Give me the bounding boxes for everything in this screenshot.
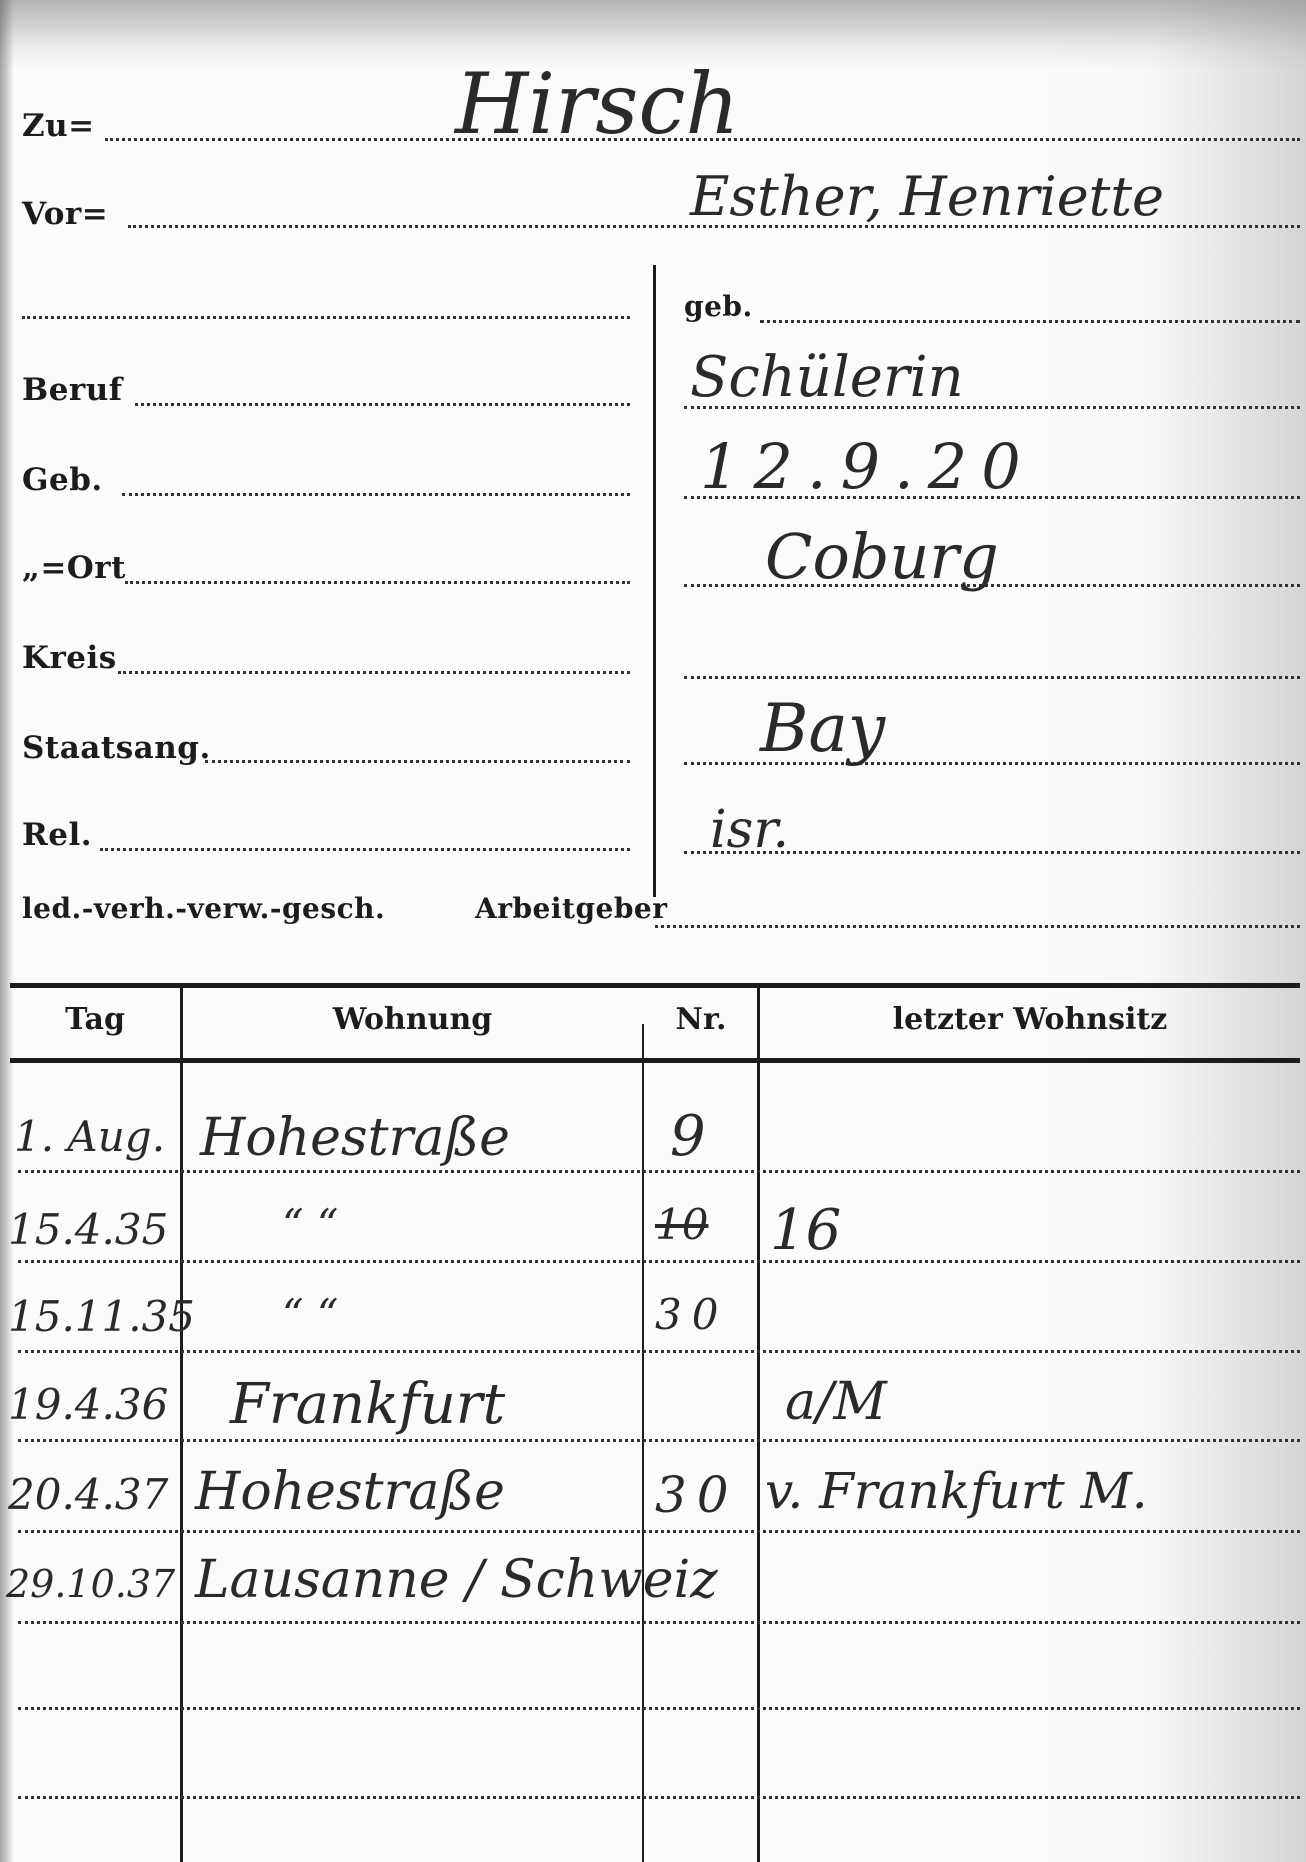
label-surname: Zu=: [22, 108, 95, 144]
dotline-blank: [22, 316, 630, 319]
header-tag: Tag: [10, 1002, 180, 1037]
cell-wohnung: “ “: [282, 1200, 338, 1249]
dotline-birth-date-left: [122, 493, 630, 496]
row-line: [18, 1707, 1300, 1710]
cell-wohnung: “ “: [282, 1290, 338, 1339]
label-citizenship: Staatsang.: [22, 730, 211, 766]
cell-letzter: v. Frankfurt M.: [765, 1462, 1148, 1520]
value-birth-date: 12.9.20: [700, 430, 1035, 503]
label-employer: Arbeitgeber: [475, 892, 667, 925]
cell-wohnung: Lausanne / Schweiz: [195, 1550, 718, 1610]
label-religion: Rel.: [22, 817, 92, 853]
cell-wohnung: Frankfurt: [230, 1372, 505, 1437]
row-line: [18, 1439, 1300, 1442]
cell-tag: 15.11.35: [8, 1292, 195, 1341]
cell-tag: 1. Aug.: [14, 1112, 165, 1161]
value-citizenship: Bay: [760, 690, 885, 767]
dotline-employer: [655, 925, 1300, 928]
header-nr: Nr.: [645, 1002, 757, 1037]
value-surname: Hirsch: [455, 55, 740, 153]
value-given-names: Esther, Henriette: [690, 165, 1164, 228]
cell-nr: 10: [655, 1200, 708, 1249]
cell-tag: 15.4.35: [8, 1205, 168, 1254]
label-given-names: Vor=: [22, 196, 108, 232]
cell-nr: 30: [655, 1290, 728, 1339]
row-line: [18, 1170, 1300, 1173]
table-divider-wohnung: [642, 1024, 644, 1862]
table-top-border: [10, 983, 1300, 988]
value-occupation: Schülerin: [690, 345, 964, 410]
header-wohnung: Wohnung: [183, 1002, 642, 1037]
label-marital-status: led.-verh.-verw.-gesch.: [22, 892, 385, 925]
cell-nr: 9: [670, 1104, 706, 1169]
dotline-district-left: [118, 671, 630, 674]
label-birth-date: Geb.: [22, 462, 103, 498]
table-divider-nr: [757, 986, 760, 1862]
cell-letzter: a/M: [785, 1372, 887, 1432]
row-line: [18, 1530, 1300, 1533]
row-line: [18, 1796, 1300, 1799]
cell-tag: 19.4.36: [8, 1380, 168, 1429]
dotline-religion-left: [100, 848, 630, 851]
cell-wohnung: Hohestraße: [195, 1462, 505, 1522]
header-letzter-wohnsitz: letzter Wohnsitz: [760, 1002, 1300, 1037]
cell-letzter: 16: [770, 1198, 841, 1263]
cell-tag: 29.10.37: [6, 1562, 175, 1606]
dotline-citizenship-left: [205, 760, 630, 763]
cell-nr: 30: [655, 1466, 739, 1524]
row-line: [18, 1350, 1300, 1353]
table-header-bottom-border: [10, 1058, 1300, 1063]
cell-wohnung: Hohestraße: [200, 1108, 510, 1168]
dotline-birth-place-left: [125, 581, 630, 584]
table-divider-tag: [180, 986, 183, 1862]
dotline-born-name: [760, 320, 1300, 323]
label-occupation: Beruf: [22, 372, 123, 408]
value-religion: isr.: [710, 800, 789, 860]
dotline-occupation-left: [135, 403, 630, 406]
scan-shading-right: [1046, 0, 1306, 1862]
row-line: [18, 1260, 1300, 1263]
label-birth-place: „=Ort: [22, 550, 126, 586]
dotline-district-right: [684, 676, 1300, 679]
row-line: [18, 1621, 1300, 1624]
label-district: Kreis: [22, 640, 117, 676]
label-born-name: geb.: [684, 290, 753, 323]
value-birth-place: Coburg: [765, 520, 999, 593]
form-column-divider: [653, 265, 656, 897]
cell-tag: 20.4.37: [8, 1470, 168, 1519]
